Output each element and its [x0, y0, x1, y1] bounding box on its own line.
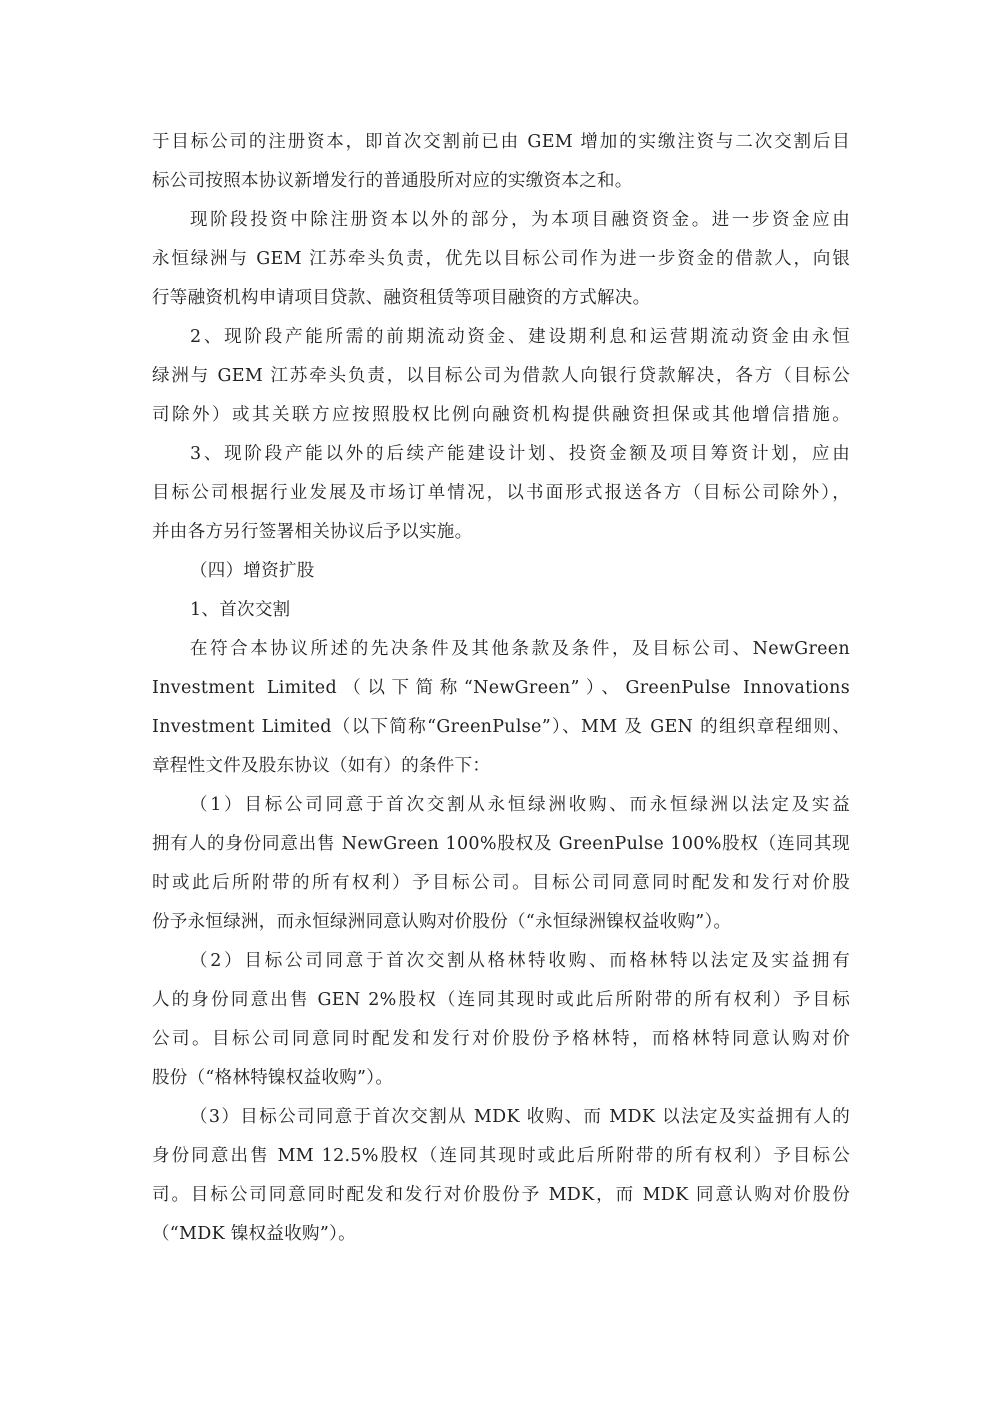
text-line: 拥有人的身份同意出售 NewGreen 100%股权及 GreenPulse 1…	[152, 825, 850, 864]
text-line: 章程性文件及股东协议（如有）的条件下：	[152, 747, 490, 786]
text-line: 司。目标公司同意同时配发和发行对价股份予 MDK，而 MDK 同意认购对价股份	[152, 1176, 850, 1215]
text-line: 份予永恒绿洲，而永恒绿洲同意认购对价股份（“永恒绿洲镍权益收购”）。	[152, 903, 731, 942]
text-line: 在符合本协议所述的先决条件及其他条款及条件，及目标公司、NewGreen	[190, 630, 850, 669]
text-line: （“MDK 镍权益收购”）。	[152, 1215, 356, 1254]
text-line: 司除外）或其关联方应按照股权比例向融资机构提供融资担保或其他增信措施。	[152, 396, 850, 435]
text-line: 2、现阶段产能所需的前期流动资金、建设期利息和运营期流动资金由永恒	[190, 318, 850, 357]
text-line: （2）目标公司同意于首次交割从格林特收购、而格林特以法定及实益拥有	[190, 942, 850, 981]
text-line: 绿洲与 GEM 江苏牵头负责，以目标公司为借款人向银行贷款解决，各方（目标公	[152, 357, 850, 396]
text-line: 永恒绿洲与 GEM 江苏牵头负责，优先以目标公司作为进一步资金的借款人，向银	[152, 240, 850, 279]
text-line: （3）目标公司同意于首次交割从 MDK 收购、而 MDK 以法定及实益拥有人的	[190, 1098, 850, 1137]
text-line: 股份（“格林特镍权益收购”）。	[152, 1059, 393, 1098]
text-line: 3、现阶段产能以外的后续产能建设计划、投资金额及项目筹资计划，应由	[190, 435, 850, 474]
text-line: Investment Limited（以下简称“GreenPulse”）、MM …	[152, 708, 850, 747]
text-line: 时或此后所附带的所有权利）予目标公司。目标公司同意同时配发和发行对价股	[152, 864, 850, 903]
text-line: 于目标公司的注册资本，即首次交割前已由 GEM 增加的实缴注资与二次交割后目	[152, 123, 850, 162]
text-line: 人的身份同意出售 GEN 2%股权（连同其现时或此后所附带的所有权利）予目标	[152, 981, 850, 1020]
text-line: Investment Limited（以下简称“NewGreen”）、Green…	[152, 669, 850, 708]
text-line: 现阶段投资中除注册资本以外的部分，为本项目融资资金。进一步资金应由	[190, 201, 850, 240]
text-line: （1）目标公司同意于首次交割从永恒绿洲收购、而永恒绿洲以法定及实益	[190, 786, 850, 825]
text-line: 目标公司根据行业发展及市场订单情况，以书面形式报送各方（目标公司除外），	[152, 474, 850, 513]
text-line: 标公司按照本协议新增发行的普通股所对应的实缴资本之和。	[152, 162, 633, 201]
subsection-heading: 1、首次交割	[190, 591, 290, 630]
text-line: 公司。目标公司同意同时配发和发行对价股份予格林特，而格林特同意认购对价	[152, 1020, 850, 1059]
text-line: 身份同意出售 MM 12.5%股权（连同其现时或此后所附带的所有权利）予目标公	[152, 1137, 850, 1176]
text-line: 行等融资机构申请项目贷款、融资租赁等项目融资的方式解决。	[152, 279, 650, 318]
section-heading: （四）增资扩股	[190, 552, 315, 591]
text-line: 并由各方另行签署相关协议后予以实施。	[152, 513, 472, 552]
